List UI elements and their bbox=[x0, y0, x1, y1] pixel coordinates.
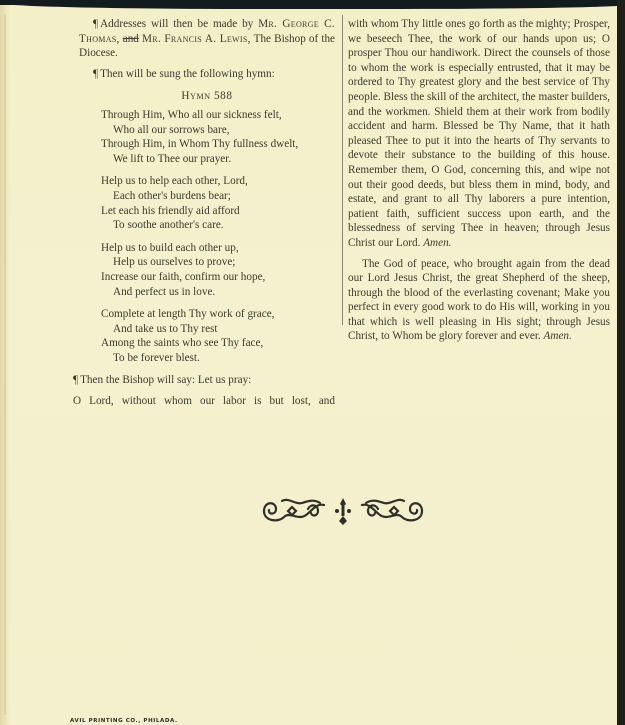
floral-scroll-ornament-icon bbox=[258, 495, 428, 527]
hymn-line: To be forever blest. bbox=[101, 351, 335, 366]
prayer-continued: with whom Thy little ones go forth as th… bbox=[348, 17, 610, 251]
hymn-line: Increase our faith, confirm our hope, bbox=[101, 270, 335, 285]
left-column: ¶Addresses will then be made by Mr. Geor… bbox=[79, 17, 335, 415]
torn-top-edge bbox=[0, 0, 625, 9]
addresses-paragraph: ¶Addresses will then be made by Mr. Geor… bbox=[79, 17, 335, 61]
hymn-line: Who all our sorrows bare, bbox=[101, 123, 335, 138]
hymn-title: Hymn 588 bbox=[79, 89, 335, 104]
hymn-line: Complete at length Thy work of grace, bbox=[101, 307, 335, 322]
printer-imprint: AVIL PRINTING CO., PHILADA. bbox=[70, 718, 178, 724]
hymn-line: Through Him, Who all our sickness felt, bbox=[101, 108, 335, 123]
prayer-text: with whom Thy little ones go forth as th… bbox=[348, 18, 610, 249]
hymn-intro: ¶Then will be sung the following hymn: bbox=[79, 67, 335, 82]
hymn-line: Help us to build each other up, bbox=[101, 241, 335, 256]
hymn-line: Let each his friendly aid afford bbox=[101, 204, 335, 219]
hymn-line: Each other's burdens bear; bbox=[101, 189, 335, 204]
bishop-rubric-text: Then the Bishop will say: Let us pray: bbox=[80, 374, 251, 386]
hymn-line: Help us ourselves to prove; bbox=[101, 255, 335, 270]
bishop-rubric: ¶Then the Bishop will say: Let us pray: bbox=[73, 373, 335, 388]
hymn-stanza-2: Help us to help each other, Lord, Each o… bbox=[101, 174, 335, 232]
hymn-line: Help us to help each other, Lord, bbox=[101, 174, 335, 189]
amen: Amen. bbox=[544, 330, 572, 342]
hymn-stanza-4: Complete at length Thy work of grace, An… bbox=[101, 307, 335, 365]
hymn-line: Among the saints who see Thy face, bbox=[101, 336, 335, 351]
addresses-text: Addresses will then be made by bbox=[100, 18, 258, 30]
benediction: The God of peace, who brought again from… bbox=[348, 257, 610, 345]
document-page: ¶Addresses will then be made by Mr. Geor… bbox=[0, 5, 617, 725]
prayer-start: O Lord, without whom our labor is but lo… bbox=[73, 394, 335, 409]
hymn-stanza-3: Help us to build each other up, Help us … bbox=[101, 241, 335, 299]
hymn-line: And take us to Thy rest bbox=[101, 322, 335, 337]
pilcrow-icon: ¶ bbox=[93, 18, 98, 30]
struck-word: and bbox=[123, 33, 139, 45]
page-edge-stain bbox=[4, 15, 6, 715]
pilcrow-icon: ¶ bbox=[93, 68, 98, 80]
pilcrow-icon: ¶ bbox=[73, 374, 78, 386]
amen: Amen. bbox=[423, 237, 451, 249]
column-divider bbox=[342, 15, 343, 325]
hymn-intro-text: Then will be sung the following hymn: bbox=[100, 68, 275, 80]
right-column: with whom Thy little ones go forth as th… bbox=[348, 17, 610, 350]
hymn-line: To soothe another's care. bbox=[101, 218, 335, 233]
hymn-stanza-1: Through Him, Who all our sickness felt, … bbox=[101, 108, 335, 166]
hymn-line: Through Him, in Whom Thy fullness dwelt, bbox=[101, 137, 335, 152]
hymn-line: And perfect us in love. bbox=[101, 285, 335, 300]
speaker-name-2: Mr. Francis A. Lewis, bbox=[142, 33, 251, 45]
page-right-edge bbox=[617, 0, 625, 725]
hymn-line: We lift to Thee our prayer. bbox=[101, 152, 335, 167]
